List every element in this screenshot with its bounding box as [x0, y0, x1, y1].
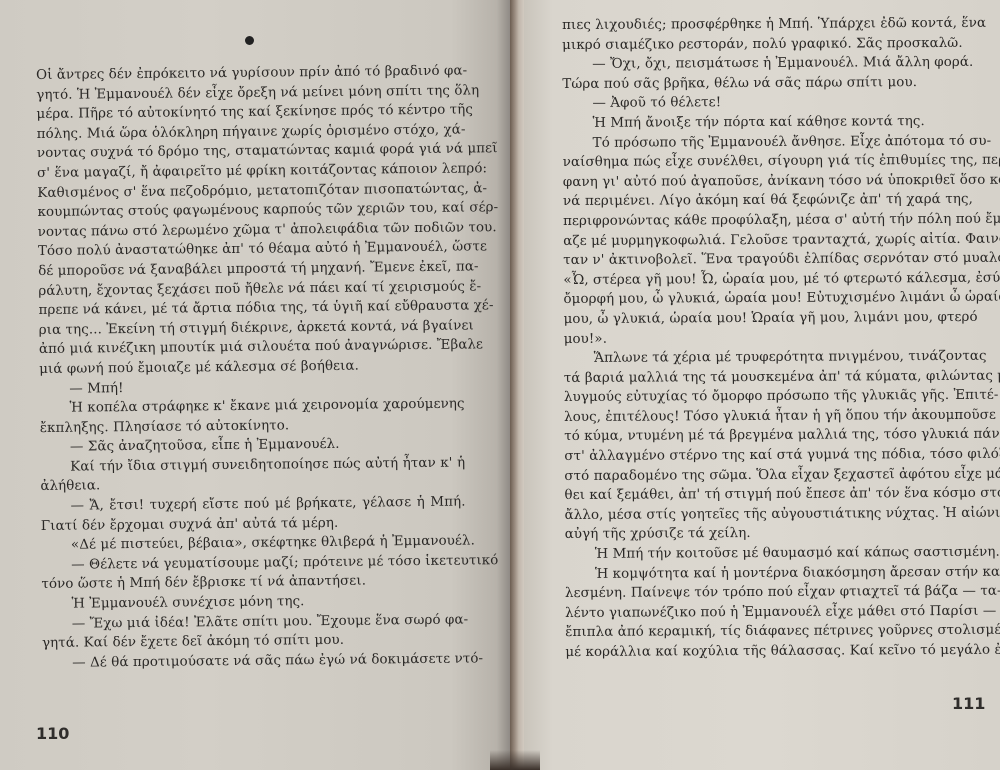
text-line: φανη γι' αὐτό πού ἀγαποῦσε, ἀνίκανη τόσο…	[563, 171, 973, 193]
text-line: θει καί ξεμάθει, ἀπ' τή στιγμή πού ἔπεσε…	[564, 484, 974, 506]
text-line: ναίσθημα πώς εἶχε συνέλθει, σίγουρη γιά …	[563, 151, 973, 173]
left-page-body-text: Οἱ ἄντρες δέν ἐπρόκειτο νά γυρίσουν πρίν…	[36, 62, 467, 674]
text-line: λους, ἐπιτέλους! Τόσο γλυκιά ἦταν ἡ γῆ ὅ…	[564, 406, 974, 428]
chapter-ornament-dot	[245, 36, 254, 45]
text-line: — Ἀφοῦ τό θέλετε!	[562, 92, 972, 114]
text-line: λέντο γιαπωνέζικο πού ἡ Ἐμμανουέλ εἶχε μ…	[565, 602, 975, 624]
text-line: Ἡ Μπή τήν κοιτοῦσε μέ θαυμασμό καί κάπως…	[565, 543, 975, 565]
text-line: τά βαριά μαλλιά της τά μουσκεμένα ἀπ' τά…	[564, 367, 974, 389]
text-line: Τό πρόσωπο τῆς Ἐμμανουέλ ἄνθησε. Εἶχε ἀπ…	[563, 131, 973, 153]
right-page-number: 111	[952, 694, 985, 713]
text-line: μέ κοράλλια καί κοχύλια τῆς θάλασσας. Κα…	[565, 641, 975, 663]
text-line: «Ὦ, στέρεα γῆ μου! Ὦ, ὡραία μου, μέ τό φ…	[563, 269, 973, 291]
text-line: μου!».	[564, 327, 974, 349]
text-line: Ἅπλωνε τά χέρια μέ τρυφερότητα πνιγμένου…	[564, 347, 974, 369]
text-line: μου, ὦ γλυκιά, ὡραία μου! Ὡραία γῆ μου, …	[564, 308, 974, 330]
text-line: περιφρονώντας κάθε προφύλαξη, μέσα σ' αὐ…	[563, 210, 973, 232]
text-line: αζε μέ μυρμηγκοφωλιά. Γελοῦσε τρανταχτά,…	[563, 229, 973, 251]
right-page: πιες λιχουδιές; προσφέρθηκε ἡ Μπή. Ὑπάρχ…	[524, 0, 1000, 770]
open-book-spread: Οἱ ἄντρες δέν ἐπρόκειτο νά γυρίσουν πρίν…	[0, 0, 1000, 770]
text-line: ἔπιπλα ἀπό κεραμική, τίς διάφανες πέτριν…	[565, 621, 975, 643]
text-line: Ἡ Μπή ἄνοιξε τήν πόρτα καί κάθησε κοντά …	[563, 112, 973, 134]
text-line: — Ὄχι, ὄχι, πεισμάτωσε ἡ Ἐμμανουέλ. Μιά …	[562, 53, 972, 75]
text-line: λυγμούς εὐτυχίας τό ὄμορφο πρόσωπο τῆς γ…	[564, 386, 974, 408]
text-line: ταν ν' ἀκτινοβολεῖ. Ἕνα τραγούδι ἐλπίδας…	[563, 249, 973, 271]
text-line: στό παραδομένο της σῶμα. Ὅλα εἶχαν ξεχασ…	[564, 465, 974, 487]
text-line: μικρό σιαμέζικο ρεστοράν, πολύ γραφικό. …	[562, 33, 972, 55]
left-page-number: 110	[36, 724, 69, 743]
text-line: λεσμένη. Παίνεψε τόν τρόπο πού εἶχαν φτι…	[565, 582, 975, 604]
right-page-body-text: πιες λιχουδιές; προσφέρθηκε ἡ Μπή. Ὑπάρχ…	[562, 14, 975, 663]
text-line: πιες λιχουδιές; προσφέρθηκε ἡ Μπή. Ὑπάρχ…	[562, 14, 972, 36]
text-line: νά περιμένει. Λίγο ἀκόμη καί θά ξεφώνιζε…	[563, 190, 973, 212]
text-line: αὐγή τῆς χρύσιζε τά χείλη.	[565, 523, 975, 545]
text-line: στ' ἀλλαγμένο στέρνο της καί στά γυμνά τ…	[564, 445, 974, 467]
text-line: ὄμορφή μου, ὦ γλυκιά, ὡραία μου! Εὐτυχισ…	[563, 288, 973, 310]
text-line: Τώρα πού σᾶς βρῆκα, θέλω νά σᾶς πάρω σπί…	[562, 73, 972, 95]
text-line: — Δέ θά προτιμούσατε νά σᾶς πάω ἐγώ νά δ…	[42, 649, 467, 673]
text-line: ἄλλο, μέσα στίς γοητεῖες τῆς αὐγουστιάτι…	[565, 504, 975, 526]
spine-shadow	[490, 750, 540, 770]
text-line: Ἡ κομψότητα καί ἡ μοντέρνα διακόσμηση ἄρ…	[565, 562, 975, 584]
text-line: τό κύμα, ντυμένη μέ τά βρεγμένα μαλλιά τ…	[564, 425, 974, 447]
left-page: Οἱ ἄντρες δέν ἐπρόκειτο νά γυρίσουν πρίν…	[0, 0, 512, 770]
